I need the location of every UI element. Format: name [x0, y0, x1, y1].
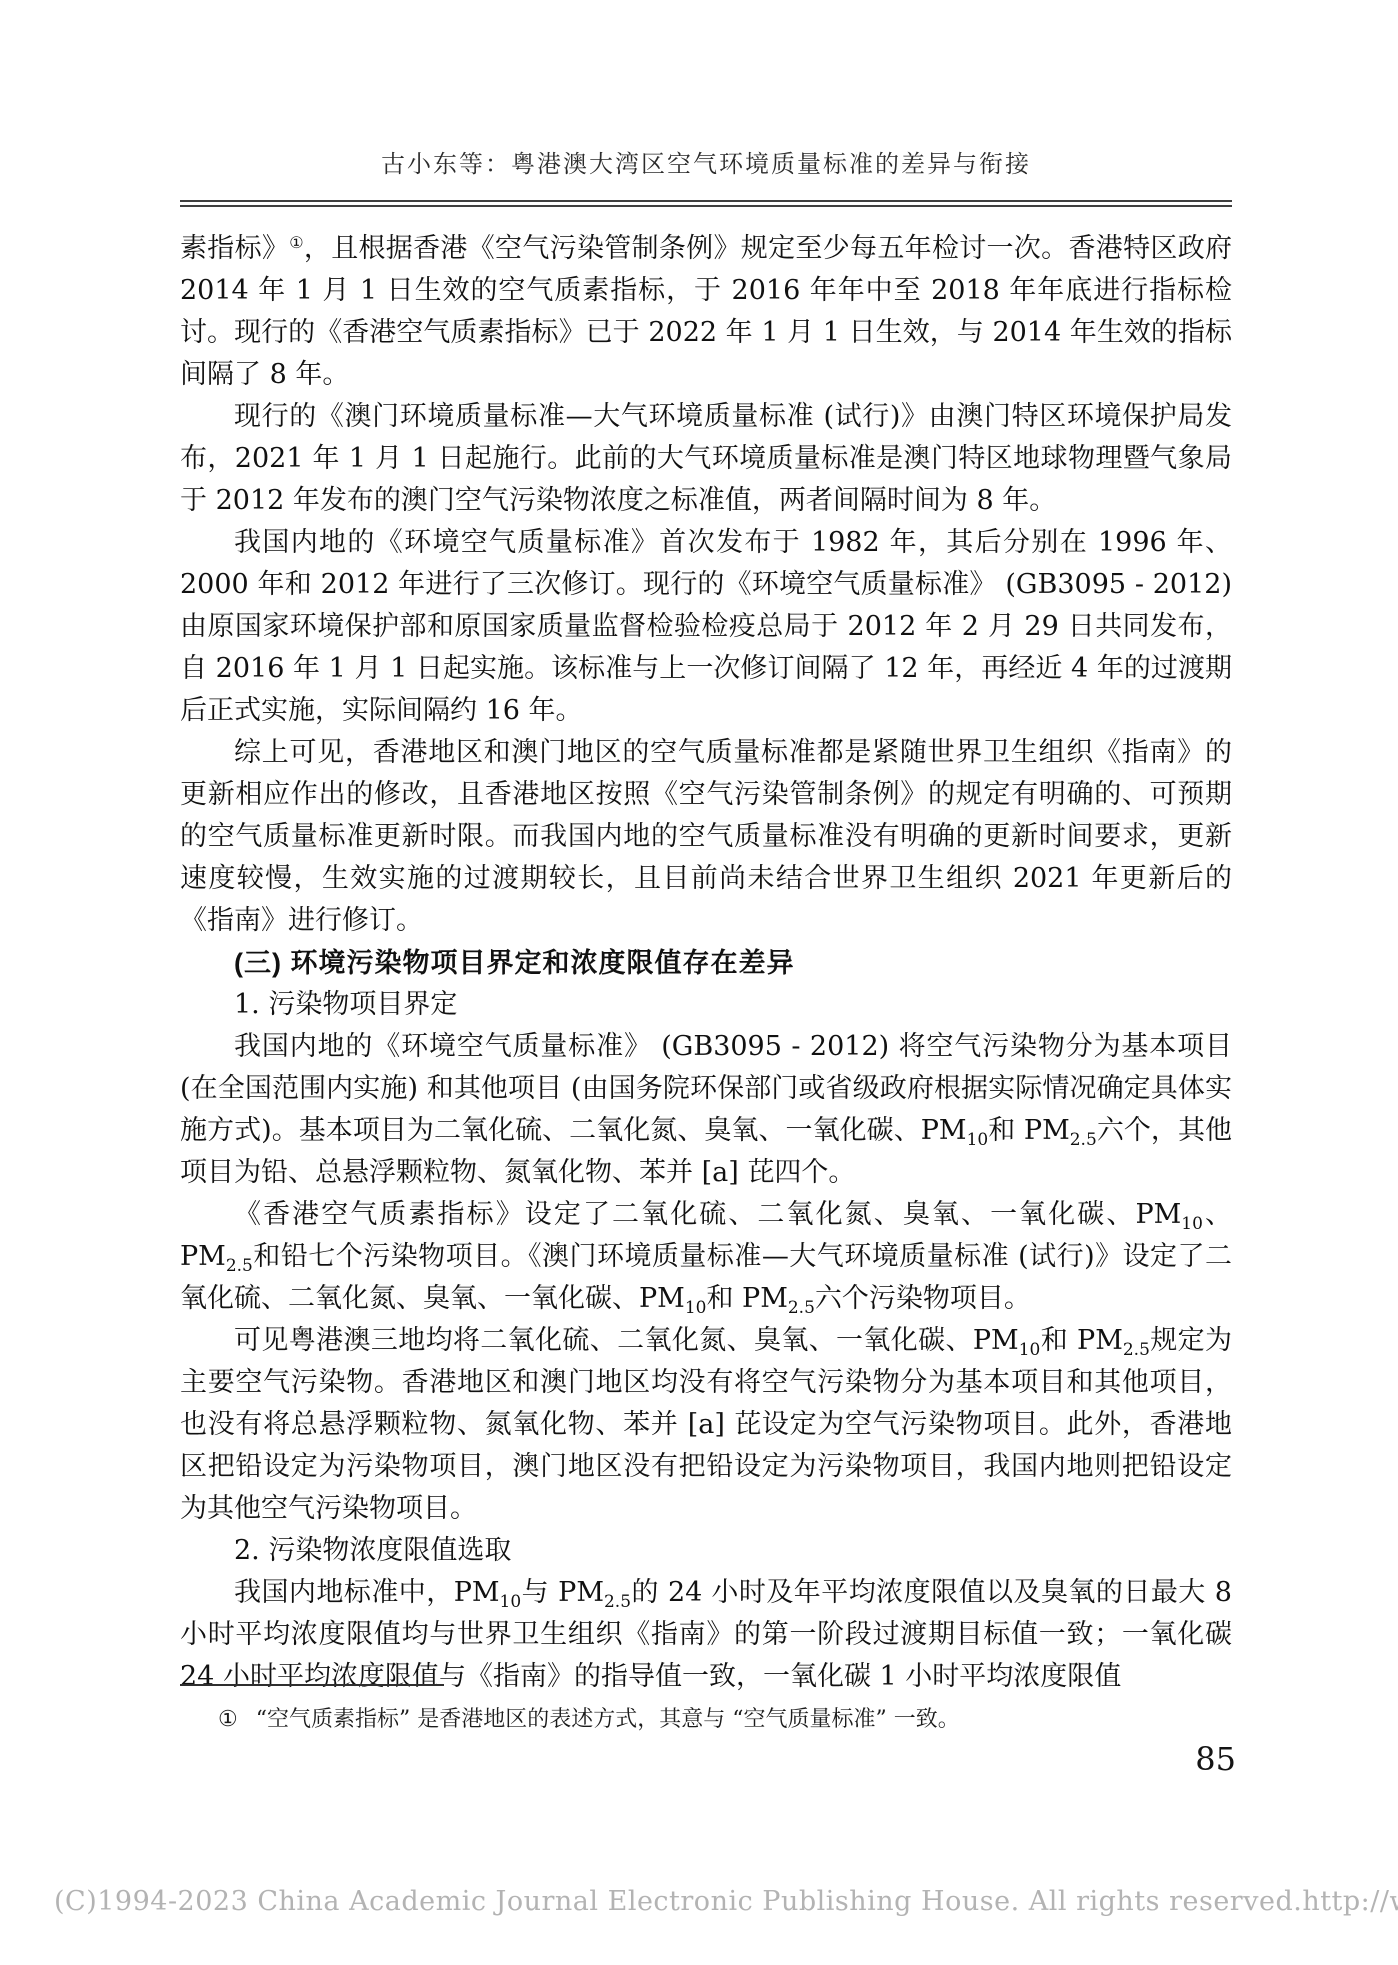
- running-title: 古小东等：粤港澳大湾区空气环境质量标准的差异与衔接: [180, 144, 1232, 179]
- footnote-marker: ①: [218, 1707, 238, 1732]
- footnote-text: “空气质素指标” 是香港地区的表述方式，其意与 “空气质量标准” 一致。: [256, 1707, 960, 1732]
- header-double-rule: [180, 200, 1232, 207]
- article-body: 素指标》①，且根据香港《空气污染管制条例》规定至少每五年检讨一次。香港特区政府 …: [180, 228, 1232, 1698]
- page-footer: (C)1994-2023 China Academic Journal Elec…: [54, 1886, 1340, 1917]
- footer-copyright: (C)1994-2023 China Academic Journal Elec…: [54, 1886, 1302, 1917]
- journal-page: 古小东等：粤港澳大湾区空气环境质量标准的差异与衔接 素指标》①，且根据香港《空气…: [0, 0, 1398, 1965]
- subsection-heading: 2. 污染物浓度限值选取: [180, 1530, 1232, 1572]
- paragraph: 综上可见，香港地区和澳门地区的空气质量标准都是紧随世界卫生组织《指南》的更新相应…: [180, 732, 1232, 942]
- paragraph: 《香港空气质素指标》设定了二氧化硫、二氧化氮、臭氧、一氧化碳、PM10、PM2.…: [180, 1194, 1232, 1320]
- footer-url: http://www.cnki.net: [1302, 1886, 1398, 1917]
- paragraph: 我国内地的《环境空气质量标准》首次发布于 1982 年，其后分别在 1996 年…: [180, 522, 1232, 732]
- paragraph: 现行的《澳门环境质量标准—大气环境质量标准 (试行)》由澳门特区环境保护局发布，…: [180, 396, 1232, 522]
- paragraph: 可见粤港澳三地均将二氧化硫、二氧化氮、臭氧、一氧化碳、PM10和 PM2.5规定…: [180, 1320, 1232, 1530]
- footnote-separator-rule: [180, 1684, 444, 1686]
- paragraph: 素指标》①，且根据香港《空气污染管制条例》规定至少每五年检讨一次。香港特区政府 …: [180, 228, 1232, 396]
- section-heading: (三) 环境污染物项目界定和浓度限值存在差异: [180, 942, 1232, 984]
- paragraph: 我国内地的《环境空气质量标准》 (GB3095 - 2012) 将空气污染物分为…: [180, 1026, 1232, 1194]
- page-number: 85: [180, 1740, 1236, 1778]
- footnote: ①“空气质素指标” 是香港地区的表述方式，其意与 “空气质量标准” 一致。: [180, 1703, 1232, 1737]
- subsection-heading: 1. 污染物项目界定: [180, 984, 1232, 1026]
- paragraph: 我国内地标准中，PM10与 PM2.5的 24 小时及年平均浓度限值以及臭氧的日…: [180, 1572, 1232, 1698]
